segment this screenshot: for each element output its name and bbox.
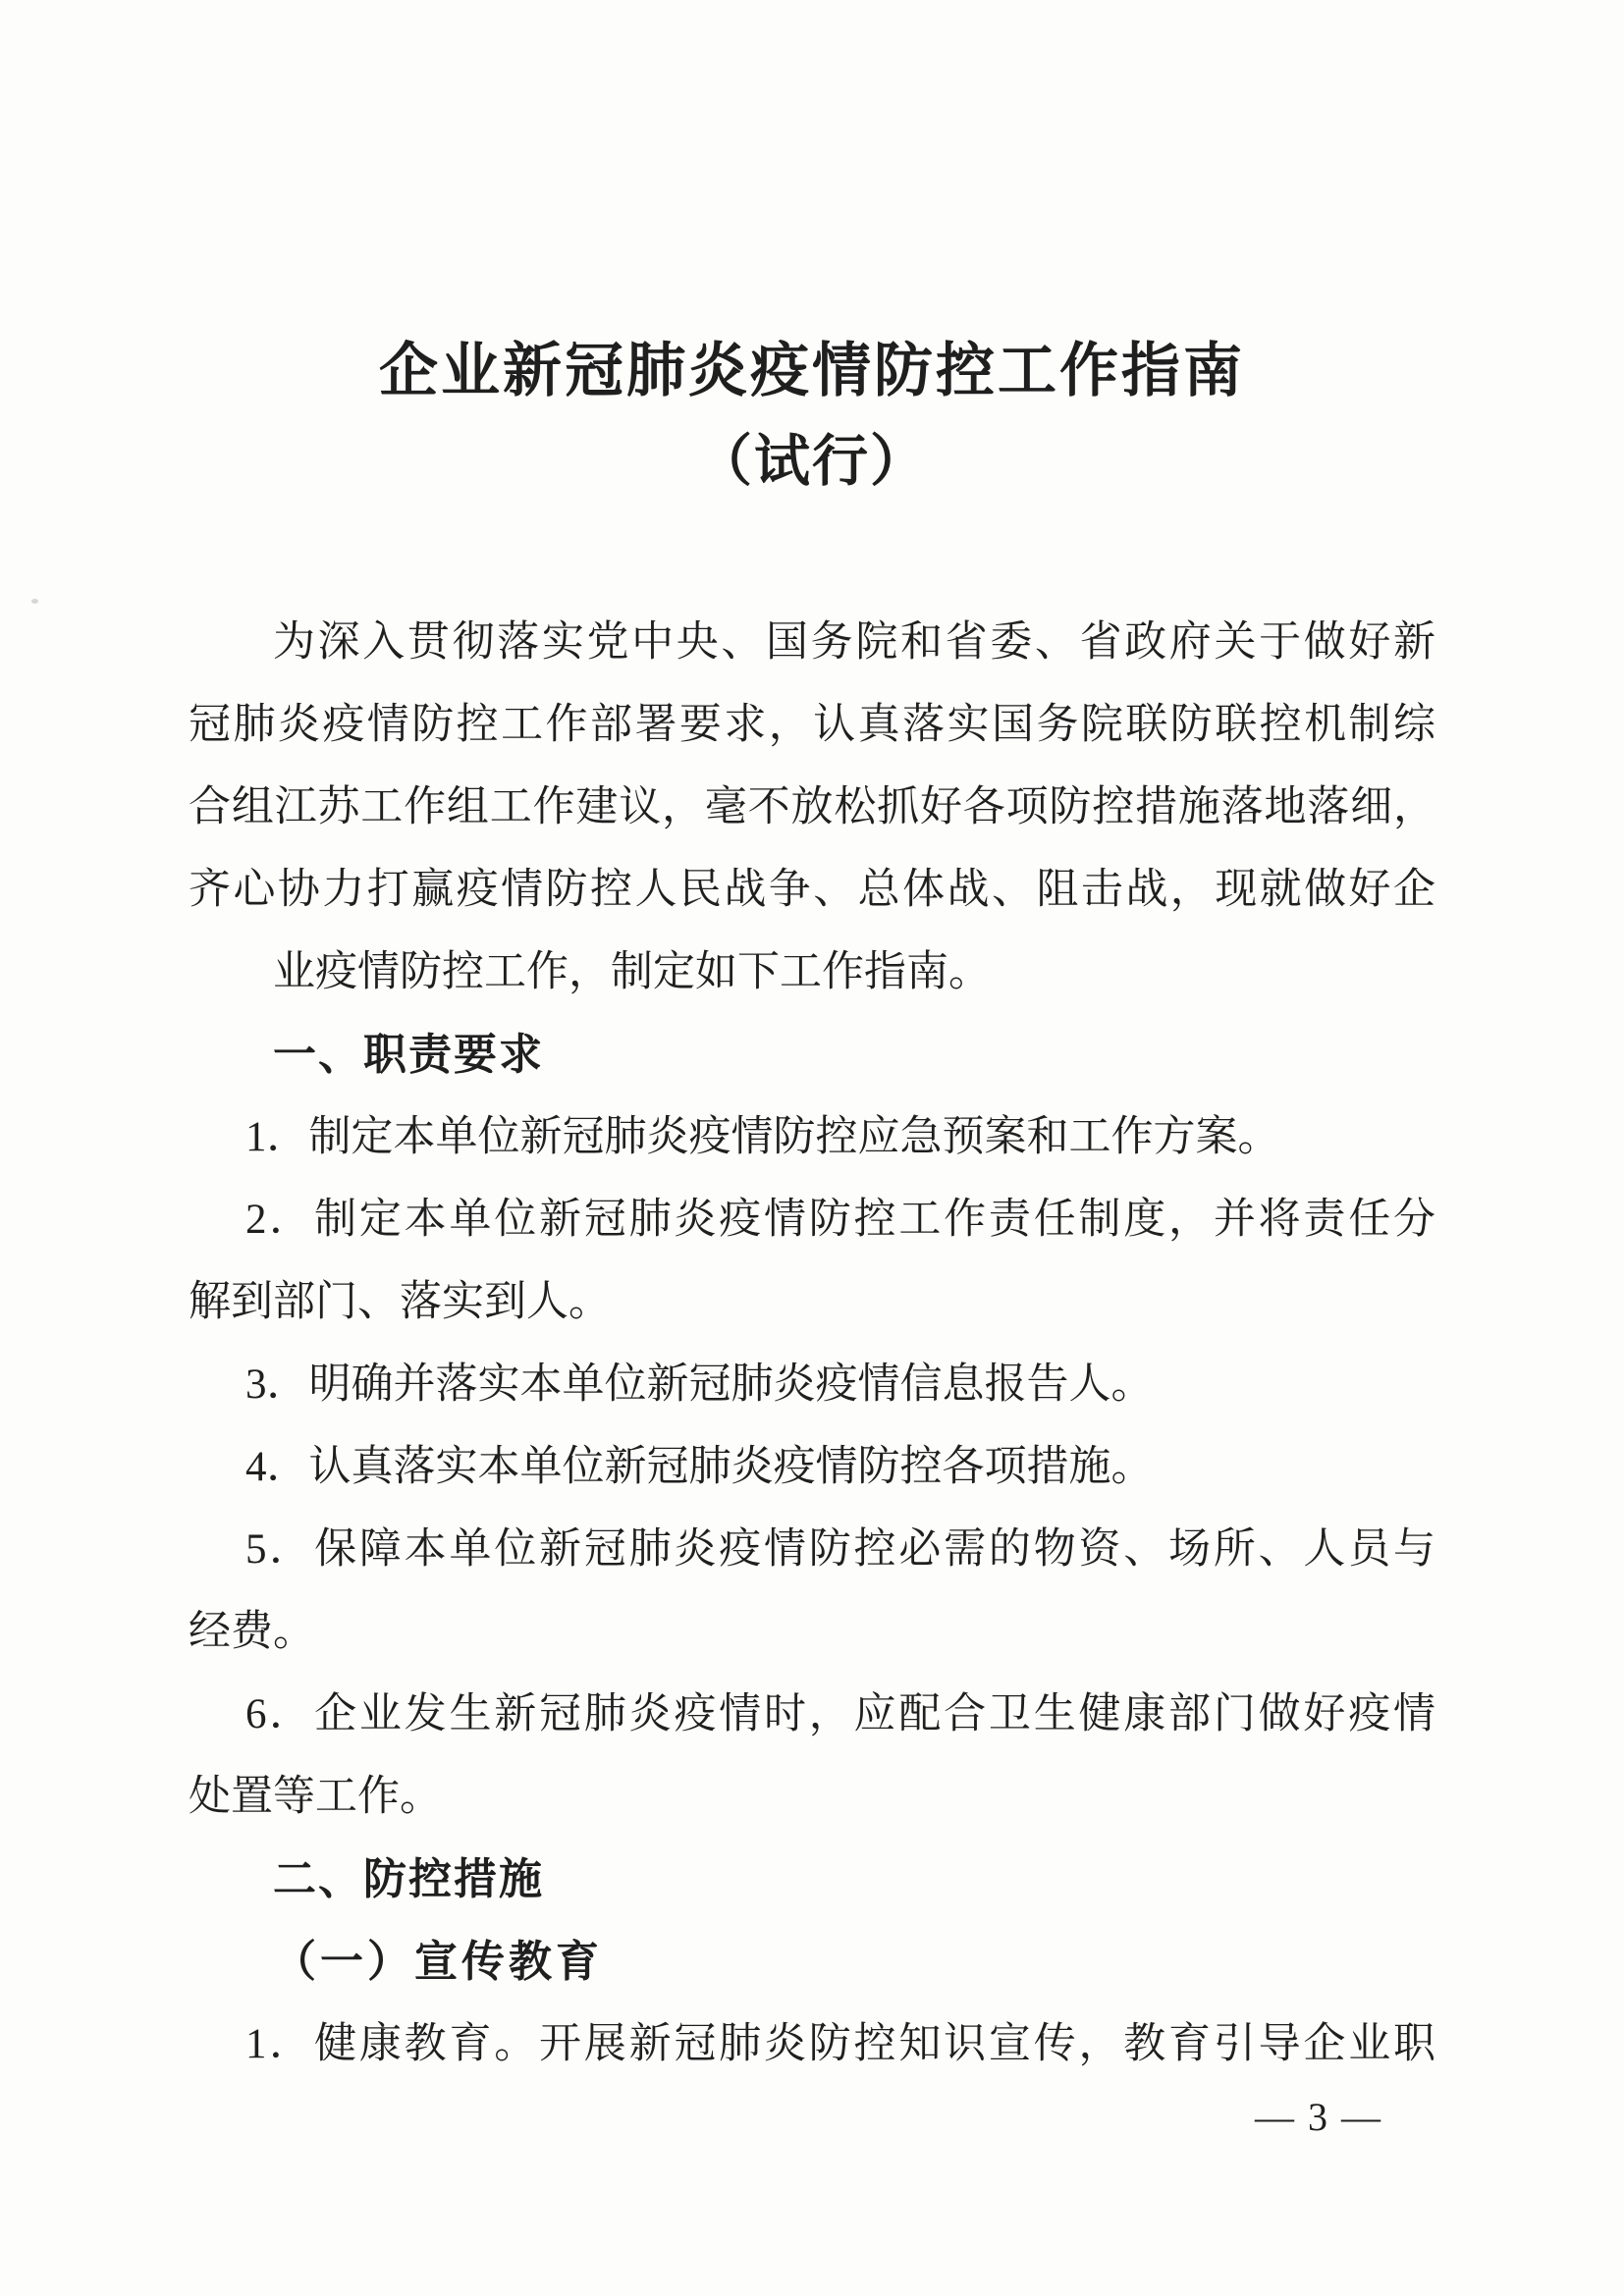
document-body: 为深入贯彻落实党中央、国务院和省委、省政府关于做好新 冠肺炎疫情防控工作部署要求… bbox=[189, 602, 1435, 2086]
intro-line-4: 齐心协力打赢疫情防控人民战争、总体战、阻击战，现就做好企 bbox=[189, 849, 1435, 932]
s1-item-5-line-1: 5．保障本单位新冠肺炎疫情防控必需的物资、场所、人员与 bbox=[189, 1509, 1435, 1591]
intro-line-2: 冠肺炎疫情防控工作部署要求，认真落实国务院联防联控机制综 bbox=[189, 684, 1435, 767]
page-title: 企业新冠肺炎疫情防控工作指南 bbox=[0, 324, 1624, 418]
intro-line-1: 为深入贯彻落实党中央、国务院和省委、省政府关于做好新 bbox=[189, 602, 1435, 684]
s2-item-1-line-1: 1．健康教育。开展新冠肺炎防控知识宣传，教育引导企业职 bbox=[189, 2003, 1435, 2086]
scan-speck bbox=[31, 599, 38, 604]
s1-item-4-line-1: 4．认真落实本单位新冠肺炎疫情防控各项措施。 bbox=[189, 1426, 1435, 1509]
document-page: 企业新冠肺炎疫情防控工作指南 （试行） 为深入贯彻落实党中央、国务院和省委、省政… bbox=[0, 0, 1624, 2296]
s1-item-2-line-1: 2．制定本单位新冠肺炎疫情防控工作责任制度，并将责任分 bbox=[189, 1179, 1435, 1261]
page-subtitle: （试行） bbox=[0, 415, 1624, 509]
s1-item-2-line-2: 解到部门、落实到人。 bbox=[189, 1261, 1435, 1344]
page-number: — 3 — bbox=[1255, 2088, 1382, 2147]
intro-line-5: 业疫情防控工作，制定如下工作指南。 bbox=[189, 932, 1435, 1014]
s1-item-6-line-2: 处置等工作。 bbox=[189, 1756, 1435, 1839]
s1-item-1-line-1: 1．制定本单位新冠肺炎疫情防控应急预案和工作方案。 bbox=[189, 1096, 1435, 1179]
s1-item-6-line-1: 6．企业发生新冠肺炎疫情时，应配合卫生健康部门做好疫情 bbox=[189, 1674, 1435, 1756]
s1-item-3-line-1: 3．明确并落实本单位新冠肺炎疫情信息报告人。 bbox=[189, 1344, 1435, 1426]
section-2-subheading: （一）宣传教育 bbox=[189, 1921, 1435, 2003]
section-2-heading: 二、防控措施 bbox=[189, 1839, 1435, 1921]
s1-item-5-line-2: 经费。 bbox=[189, 1591, 1435, 1674]
section-1-heading: 一、职责要求 bbox=[189, 1014, 1435, 1096]
intro-line-3: 合组江苏工作组工作建议，毫不放松抓好各项防控措施落地落细， bbox=[189, 767, 1435, 849]
